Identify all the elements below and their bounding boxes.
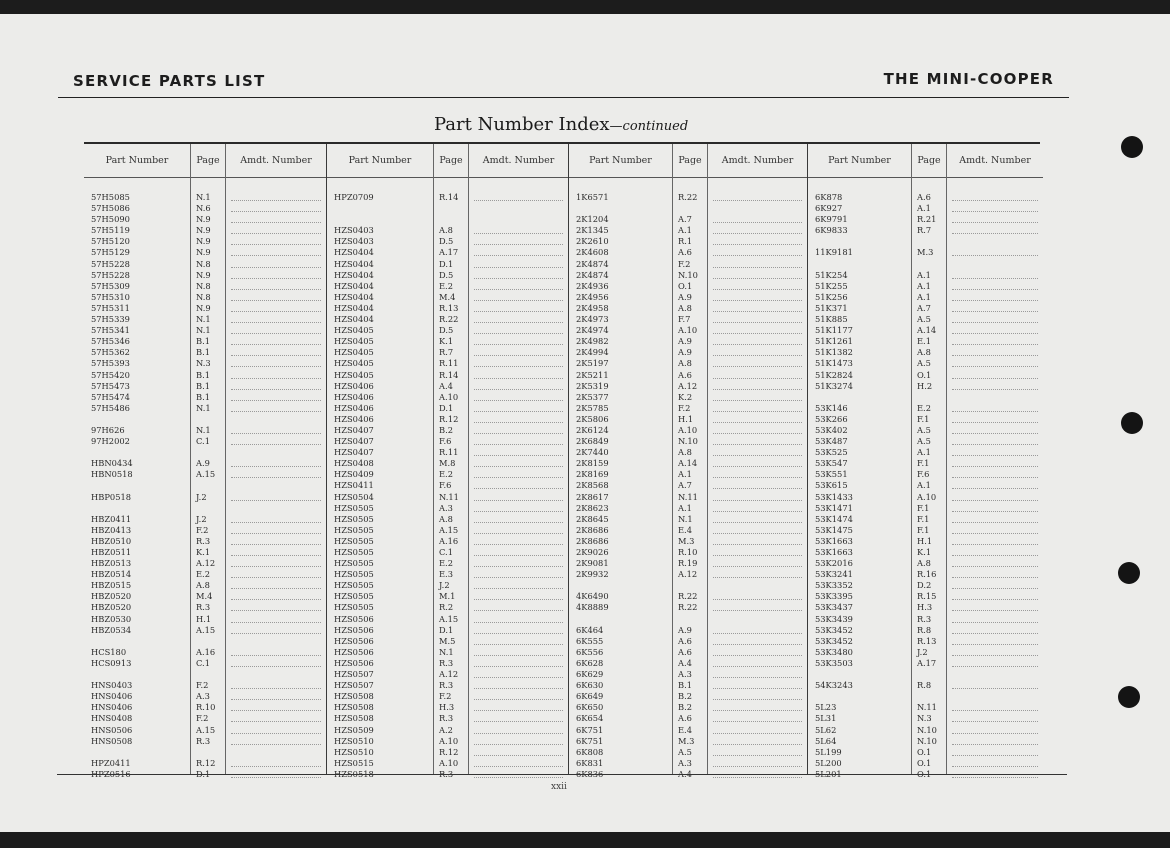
amdt-number-cell [231,236,321,247]
part-number-cell: HZS0509 [327,725,433,736]
amdt-number-column: Amdt. Number [469,144,568,774]
amdt-number-field [952,614,1038,623]
amdt-number-field [713,403,802,412]
amdt-number-cell [474,736,563,747]
amdt-number-field [952,536,1038,545]
part-number-cell: HPZ0709 [327,192,433,203]
amdt-number-field [231,680,321,689]
page-ref-cell: A.12 [434,669,468,680]
amdt-number-field [474,547,563,556]
page-ref-cell: A.9 [673,292,707,303]
part-number-cell: 2K4936 [569,281,672,292]
page-ref-cell: N.11 [912,702,946,713]
page-ref-cell: F.1 [912,514,946,525]
part-number-cell: 2K6124 [569,425,672,436]
part-number-cell: 51K254 [808,270,911,281]
amdt-number-cell [474,525,563,536]
amdt-number-cell [713,469,802,480]
amdt-number-field [952,625,1038,634]
part-number-cell: HZS0405 [327,347,433,358]
amdt-number-column: Amdt. Number [708,144,807,774]
part-number-cell: 53K3241 [808,569,911,580]
part-number-cell: HZS0404 [327,259,433,270]
part-number-cell: 53K266 [808,414,911,425]
column-header: Part Number [808,144,911,178]
amdt-number-cell [952,758,1038,769]
amdt-number-field [474,636,563,645]
page-ref-cell: E.2 [191,569,225,580]
part-number-cell: 6K9791 [808,214,911,225]
page-ref-cell: A.17 [912,658,946,669]
part-number-cell: 53K1474 [808,514,911,525]
page-ref-cell: J.2 [434,580,468,591]
amdt-number-field [474,580,563,589]
amdt-number-field [474,225,563,234]
page-ref-cell: R.22 [434,314,468,325]
amdt-number-cell [713,736,802,747]
amdt-number-field [952,591,1038,600]
part-number-cell [84,447,190,458]
part-number-cell: 2K9026 [569,547,672,558]
amdt-number-field [713,458,802,467]
page-ref-cell: N.9 [191,225,225,236]
amdt-number-cell [713,403,802,414]
page-ref-cell: N.1 [191,425,225,436]
amdt-number-cell [952,614,1038,625]
amdt-number-cell [713,725,802,736]
amdt-number-field [952,347,1038,356]
amdt-number-field [231,281,321,290]
amdt-number-field [952,314,1038,323]
amdt-number-field [713,347,802,356]
page-ref-cell: O.1 [912,747,946,758]
page-column: PageN.1N.6N.9N.9N.9N.9N.8N.9N.8N.8N.9N.1… [191,144,226,774]
amdt-number-field [231,736,321,745]
amdt-number-cell [713,602,802,613]
page-ref-cell: E.2 [434,558,468,569]
amdt-number-cell [713,569,802,580]
amdt-number-cell [713,480,802,491]
header-left-title: SERVICE PARTS LIST [73,72,265,90]
part-number-cell: 57H5086 [84,203,190,214]
amdt-number-field [952,580,1038,589]
amdt-number-field [474,713,563,722]
page-ref-cell: K.1 [434,336,468,347]
part-number-cell: HZS0405 [327,336,433,347]
part-number-cell: HBP0518 [84,492,190,503]
page-ref-cell: E.4 [673,725,707,736]
part-number-cell: 6K628 [569,658,672,669]
page-ref-cell: R.22 [673,591,707,602]
amdt-number-cell [474,658,563,669]
part-number-cell [84,414,190,425]
part-number-cell [327,214,433,225]
part-number-cell: HBN0518 [84,469,190,480]
part-number-cell: HNS0406 [84,702,190,713]
page-ref-cell: R.11 [434,358,468,369]
part-number-cell: 6K464 [569,625,672,636]
amdt-number-field [474,536,563,545]
part-number-cell: 57H5346 [84,336,190,347]
amdt-number-cell [474,314,563,325]
page-ref-cell: A.8 [673,303,707,314]
page-ref-cell [191,503,225,514]
amdt-number-field [231,636,321,644]
part-number-cell: 53K1663 [808,536,911,547]
page-ref-cell: M.4 [191,591,225,602]
part-number-cell: 57H5339 [84,314,190,325]
part-number-cell: 6K9833 [808,225,911,236]
part-number-cell: HNS0403 [84,680,190,691]
page-ref-cell: M.3 [673,536,707,547]
amdt-number-cell [952,336,1038,347]
amdt-number-field [231,536,321,545]
amdt-number-cell [952,680,1038,691]
amdt-number-cell [231,736,321,747]
page-ref-cell: F.6 [434,436,468,447]
part-number-cell: 53K146 [808,403,911,414]
amdt-number-cell [474,458,563,469]
amdt-number-field [474,625,563,634]
part-number-cell: HZS0504 [327,492,433,503]
page-ref-cell: A.8 [434,514,468,525]
amdt-number-field [231,702,321,711]
part-number-cell: 5L23 [808,702,911,713]
amdt-number-cell [474,247,563,258]
page-ref-cell: B.1 [673,680,707,691]
amdt-number-field [474,492,563,501]
part-number-cell: 4K8889 [569,602,672,613]
page-ref-cell: B.1 [191,370,225,381]
part-number-cell: 2K8686 [569,525,672,536]
page-ref-cell: A.9 [673,625,707,636]
amdt-number-cell [474,636,563,647]
amdt-number-field [713,425,802,434]
page-ref-cell: N.1 [191,314,225,325]
page-ref-cell: D.1 [434,625,468,636]
page-ref-cell: A.6 [673,636,707,647]
amdt-number-cell [231,580,321,591]
page-ref-cell: N.11 [434,492,468,503]
amdt-number-cell [474,547,563,558]
amdt-number-field [474,702,563,711]
amdt-number-field [231,225,321,234]
amdt-number-field [231,381,321,390]
part-number-cell: 51K1382 [808,347,911,358]
amdt-number-field [474,569,563,578]
part-number-cell: HZS0406 [327,392,433,403]
page-ref-cell: B.2 [673,691,707,702]
amdt-number-field [952,414,1038,423]
amdt-number-field [952,713,1038,722]
amdt-number-cell [231,270,321,281]
page-ref-cell: R.13 [434,303,468,314]
part-number-cell: HZS0505 [327,547,433,558]
part-number-cell: HZS0406 [327,414,433,425]
part-number-cell: 53K487 [808,436,911,447]
amdt-number-cell [713,214,802,225]
amdt-number-cell [231,702,321,713]
amdt-number-field [231,458,321,467]
amdt-number-cell [231,514,321,525]
amdt-number-field [231,358,321,367]
amdt-number-field [474,436,563,445]
amdt-number-field [713,725,802,734]
part-number-cell: 2K4974 [569,325,672,336]
part-number-cell: 5L199 [808,747,911,758]
amdt-number-cell [952,492,1038,503]
page-ref-cell: E.2 [912,403,946,414]
amdt-number-field [231,214,321,223]
amdt-number-cell [952,580,1038,591]
amdt-number-cell [474,758,563,769]
amdt-number-field [231,436,321,445]
amdt-number-cell [474,447,563,458]
page-ref-cell: A.1 [912,447,946,458]
page-ref-cell: F.2 [191,680,225,691]
amdt-number-field [474,469,563,478]
amdt-number-cell [952,192,1038,203]
amdt-number-cell [713,503,802,514]
amdt-number-cell [952,436,1038,447]
amdt-number-field [952,303,1038,312]
amdt-number-field [952,192,1038,201]
page-ref-cell: C.1 [191,436,225,447]
column-header: Amdt. Number [708,144,807,178]
page-ref-cell: A.3 [673,669,707,680]
part-number-cell: HZS0407 [327,436,433,447]
amdt-number-cell [474,292,563,303]
page-ref-cell: R.13 [912,636,946,647]
page-ref-cell: A.9 [673,336,707,347]
page-ref-cell: F.2 [191,713,225,724]
amdt-number-field [231,203,321,212]
part-number-cell: HZS0508 [327,702,433,713]
amdt-number-cell [713,270,802,281]
page-ref-cell: A.17 [434,247,468,258]
page-ref-cell: N.9 [191,214,225,225]
page-ref-cell: M.8 [434,458,468,469]
amdt-number-field [231,713,321,722]
amdt-number-field [713,614,802,622]
amdt-number-cell [713,381,802,392]
amdt-number-cell [474,747,563,758]
amdt-number-field [952,225,1038,234]
amdt-number-cell [231,680,321,691]
part-number-cell: HZS0404 [327,292,433,303]
amdt-number-field [952,525,1038,534]
part-number-cell: 2K8645 [569,514,672,525]
page-ref-cell: H.2 [912,381,946,392]
page-ref-cell: N.10 [673,270,707,281]
amdt-number-cell [474,325,563,336]
part-number-cell: HBZ0514 [84,569,190,580]
page-ref-cell: R.3 [191,736,225,747]
amdt-number-cell [474,436,563,447]
part-number-cell: 5L64 [808,736,911,747]
page-ref-cell: A.7 [673,480,707,491]
amdt-number-field [474,214,563,222]
amdt-number-field [713,625,802,634]
part-number-cell: 2K8568 [569,480,672,491]
amdt-number-field [952,747,1038,756]
part-number-cell: HZS0506 [327,647,433,658]
page-ref-cell: A.1 [912,203,946,214]
page-ref-cell: R.10 [673,547,707,558]
amdt-number-field [231,447,321,455]
page-ref-cell: M.1 [434,591,468,602]
part-number-cell: HNS0406 [84,691,190,702]
column-header: Part Number [327,144,433,178]
page-ref-cell: N.1 [434,647,468,658]
amdt-number-cell [474,236,563,247]
amdt-number-cell [713,259,802,270]
part-number-cell: 57H5228 [84,259,190,270]
amdt-number-field [474,259,563,268]
amdt-number-field [474,447,563,456]
amdt-number-field [713,647,802,656]
amdt-number-field [952,736,1038,745]
part-number-cell [84,503,190,514]
page-ref-cell: R.14 [434,370,468,381]
amdt-number-field [713,569,802,578]
part-number-cell: 5L62 [808,725,911,736]
page-ref-cell: D.1 [434,403,468,414]
page-ref-cell: H.1 [673,414,707,425]
part-number-cell: 2K1204 [569,214,672,225]
page-ref-cell: A.12 [191,558,225,569]
amdt-number-field [231,403,321,412]
part-number-cell: 6K654 [569,713,672,724]
page-ref-cell: H.3 [434,702,468,713]
page-ref-cell: N.3 [912,713,946,724]
amdt-number-cell [952,569,1038,580]
page-ref-cell [912,392,946,403]
page-ref-cell: A.14 [673,458,707,469]
page-ref-cell: D.5 [434,325,468,336]
page-ref-cell: N.1 [191,192,225,203]
part-number-cell: HBN0434 [84,458,190,469]
part-number-index-table: Part Number57H508557H508657H509057H51195… [84,144,1040,774]
page-ref-cell: A.2 [434,725,468,736]
amdt-number-field [231,625,321,634]
part-number-cell: 97H2002 [84,436,190,447]
part-number-cell: HZS0404 [327,303,433,314]
amdt-number-field [474,281,563,290]
amdt-number-cell [231,569,321,580]
amdt-number-cell [952,602,1038,613]
part-number-cell: 6K808 [569,747,672,758]
page-ref-cell: N.10 [673,436,707,447]
page-ref-cell [912,259,946,270]
amdt-number-cell [231,436,321,447]
part-number-cell: HZS0505 [327,536,433,547]
amdt-number-cell [474,514,563,525]
part-number-cell: 6K556 [569,647,672,658]
page-ref-cell: F.2 [673,259,707,270]
page-column: PageA.6A.1R.21R.7M.3A.1A.1A.1A.7A.5A.14E… [912,144,947,774]
part-number-cell: 2K5377 [569,392,672,403]
amdt-number-cell [474,569,563,580]
page-ref-cell: R.3 [434,680,468,691]
part-number-cell: HZS0404 [327,281,433,292]
part-number-cell: HZS0505 [327,558,433,569]
amdt-number-field [952,492,1038,501]
amdt-number-cell [474,625,563,636]
binder-hole-icon [1121,136,1143,158]
column-group-4: Part Number6K8786K9276K97916K983311K9181… [808,144,1043,774]
amdt-number-cell [474,425,563,436]
amdt-number-cell [952,503,1038,514]
amdt-number-cell [713,192,802,203]
amdt-number-cell [231,347,321,358]
page-ref-cell: R.22 [673,192,707,203]
part-number-cell: 2K4994 [569,347,672,358]
amdt-number-cell [952,558,1038,569]
amdt-number-cell [231,392,321,403]
page-ref-cell: A.16 [434,536,468,547]
page-ref-cell: A.5 [912,314,946,325]
amdt-number-field [231,691,321,700]
part-number-column: Part Number1K65712K12042K13452K26102K460… [569,144,673,774]
amdt-number-cell [231,458,321,469]
part-number-cell: 2K2610 [569,236,672,247]
page-ref-cell: B.1 [191,381,225,392]
part-number-cell: HZS0508 [327,691,433,702]
page-ref-cell: A.8 [912,347,946,358]
amdt-number-cell [713,758,802,769]
header-right-title: THE MINI-COOPER [884,70,1054,88]
part-number-cell: 2K8617 [569,492,672,503]
part-number-cell: 2K5319 [569,381,672,392]
amdt-number-cell [952,747,1038,758]
part-number-cell: HBZ0530 [84,614,190,625]
page-ref-cell [912,669,946,680]
page-ref-cell: R.7 [434,347,468,358]
page-ref-cell: A.1 [912,270,946,281]
amdt-number-field [952,403,1038,412]
part-number-cell: 51K255 [808,281,911,292]
part-number-cell: 53K3452 [808,625,911,636]
amdt-number-cell [474,414,563,425]
amdt-number-field [474,403,563,412]
page-ref-cell [191,636,225,647]
amdt-number-field [231,314,321,323]
amdt-number-field [474,680,563,689]
page-ref-cell: A.10 [912,492,946,503]
amdt-number-cell [713,536,802,547]
page-ref-cell: A.6 [673,647,707,658]
amdt-number-field [474,347,563,356]
amdt-number-cell [474,492,563,503]
part-number-cell: 97H626 [84,425,190,436]
part-number-cell: 57H5473 [84,381,190,392]
part-number-cell: 57H5486 [84,403,190,414]
amdt-number-field [713,303,802,312]
amdt-number-field [231,469,321,478]
amdt-number-field [231,414,321,422]
amdt-number-cell [952,314,1038,325]
part-number-cell: HZS0405 [327,370,433,381]
amdt-number-field [952,336,1038,345]
page-ref-cell: A.6 [673,370,707,381]
amdt-number-field [231,247,321,256]
page-ref-cell: R.7 [912,225,946,236]
amdt-number-cell [474,503,563,514]
amdt-number-cell [713,691,802,702]
page-ref-cell: F.2 [191,525,225,536]
page-ref-cell: C.1 [191,658,225,669]
